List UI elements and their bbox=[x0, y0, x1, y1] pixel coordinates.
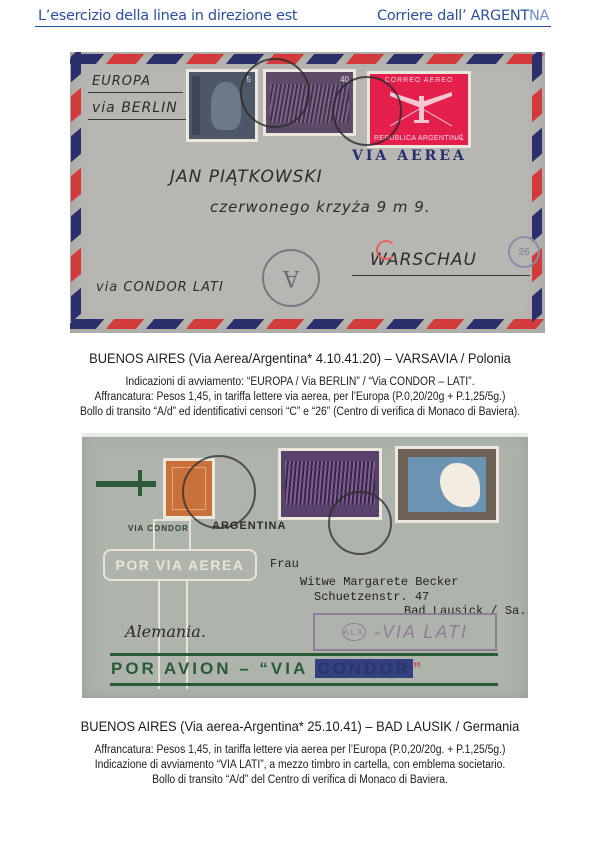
airmail-stripe bbox=[306, 54, 344, 64]
addressee-name: JAN PIĄTKOWSKI bbox=[170, 167, 323, 187]
handwritten-rule bbox=[352, 275, 530, 276]
airmail-stripe bbox=[71, 248, 81, 282]
airmail-stripe bbox=[386, 54, 424, 64]
airmail-stripe bbox=[386, 319, 424, 329]
stamp-1-peso-map bbox=[395, 446, 499, 523]
page-section-title: L’esercizio della linea in direzione est bbox=[38, 8, 297, 24]
airmail-stripe bbox=[466, 54, 504, 64]
ala-logo-icon: ALA bbox=[342, 623, 366, 641]
airmail-stripe bbox=[71, 128, 81, 162]
stamp-side-panel bbox=[192, 76, 200, 135]
airmail-stripe bbox=[71, 208, 81, 242]
censor-mark-c bbox=[376, 240, 396, 260]
airmail-stripe bbox=[346, 54, 384, 64]
postmark-transit bbox=[328, 491, 392, 555]
airmail-stripe bbox=[106, 319, 144, 329]
header-underline bbox=[35, 26, 551, 27]
airmail-stripe bbox=[71, 52, 81, 82]
censor-mark-26: 26 bbox=[508, 236, 540, 268]
stamp-value: 1 bbox=[460, 133, 464, 142]
airmail-stripe bbox=[106, 54, 144, 64]
cover-1-note: Indicazioni di avviamento: “EUROPA / Via… bbox=[30, 375, 570, 390]
routing-via-berlin: via BERLIN bbox=[92, 100, 178, 116]
envelope-torn-edge bbox=[82, 433, 528, 437]
airmail-border-left bbox=[71, 52, 83, 333]
airmail-stripe bbox=[71, 88, 81, 122]
cover-2-note: Indicazione di avviamento “VIA LATI”, a … bbox=[30, 758, 570, 773]
cover-1-airmail-envelope: EUROPA via BERLIN 5 40 CORREO AEREO REPU… bbox=[70, 52, 545, 333]
postmark-buenos-aires bbox=[332, 76, 402, 146]
cachet-text: -VIA LATI bbox=[374, 622, 468, 643]
airmail-stripe bbox=[532, 168, 542, 202]
airmail-stripe bbox=[532, 88, 542, 122]
handwritten-rule bbox=[88, 119, 200, 120]
handwritten-rule bbox=[88, 92, 183, 93]
banner-top-bar bbox=[110, 653, 498, 656]
cover-1-title: BUENOS AIRES (Via Aerea/Argentina* 4.10.… bbox=[24, 350, 576, 366]
airmail-stripe bbox=[426, 319, 464, 329]
address-line: Frau bbox=[270, 557, 299, 571]
airmail-stripe bbox=[346, 319, 384, 329]
airmail-stripe bbox=[532, 288, 542, 322]
page-collection-title: Corriere dall’ ARGENTNA bbox=[377, 8, 549, 24]
airmail-stripe bbox=[71, 168, 81, 202]
por-avion-banner: POR AVION – “VIA CONDOR” bbox=[111, 659, 424, 679]
airmail-border-bottom bbox=[70, 319, 545, 331]
postmark-buenos-aires bbox=[240, 58, 310, 128]
airmail-border-right bbox=[532, 52, 544, 333]
airmail-stripe bbox=[306, 319, 344, 329]
airmail-stripe bbox=[186, 319, 224, 329]
address-line: Schuetzenstr. 47 bbox=[314, 590, 429, 604]
cover-2-envelope: ARGENTINA VIA CONDOR POR VIA AEREA Frau … bbox=[82, 433, 528, 698]
routing-via-condor-lati: via CONDOR LATI bbox=[96, 280, 224, 295]
address-line: Witwe Margarete Becker bbox=[300, 575, 458, 589]
via-aerea-label: VIA AEREA bbox=[352, 148, 467, 164]
cover-2-title: BUENOS AIRES (Via aerea-Argentina* 25.10… bbox=[24, 718, 576, 734]
airmail-stripe bbox=[71, 288, 81, 322]
airmail-stripe bbox=[426, 54, 464, 64]
airmail-stripe bbox=[532, 52, 542, 82]
collection-title-main: Corriere dall’ ARGENT bbox=[377, 8, 529, 24]
closing-quote: ” bbox=[413, 659, 425, 678]
struck-out-condor: CONDOR bbox=[315, 659, 413, 678]
airmail-stripe bbox=[532, 208, 542, 242]
postmark-argentina bbox=[182, 455, 256, 529]
airmail-stripe bbox=[146, 319, 184, 329]
postmark-text: ARGENTINA bbox=[212, 520, 286, 532]
via-lati-cachet: ALA -VIA LATI bbox=[313, 613, 497, 651]
airmail-stripe bbox=[146, 54, 184, 64]
airmail-border-top bbox=[70, 54, 545, 66]
handwritten-country: Alemania. bbox=[125, 622, 206, 641]
por-via-aerea-label: POR VIA AEREA bbox=[103, 549, 257, 581]
airmail-stripe bbox=[186, 54, 224, 64]
green-airplane-icon bbox=[96, 468, 156, 498]
collection-title-tail: NA bbox=[529, 8, 549, 24]
cover-2-note: Bollo di transito “A/d” del Centro di ve… bbox=[30, 773, 570, 788]
cover-1-note: Bollo di transito “A/d” ed identificativ… bbox=[30, 405, 570, 420]
airmail-stripe bbox=[226, 319, 264, 329]
airmail-stripe bbox=[266, 319, 304, 329]
transit-mark-a: A bbox=[262, 249, 320, 307]
stamp-portrait bbox=[211, 82, 241, 130]
airmail-stripe bbox=[466, 319, 504, 329]
address-street: czerwonego krzyża 9 m 9. bbox=[210, 198, 431, 216]
banner-bottom-bar bbox=[110, 683, 498, 686]
airmail-stripe bbox=[532, 128, 542, 162]
cover-2-note: Affrancatura: Pesos 1,45, in tariffa let… bbox=[30, 743, 570, 758]
cover-1-note: Affrancatura: Pesos 1,45, in tariffa let… bbox=[30, 390, 570, 405]
por-avion-text: POR AVION – “VIA bbox=[111, 659, 308, 678]
routing-europa: EUROPA bbox=[92, 74, 151, 89]
airmail-cross-top bbox=[153, 519, 191, 551]
